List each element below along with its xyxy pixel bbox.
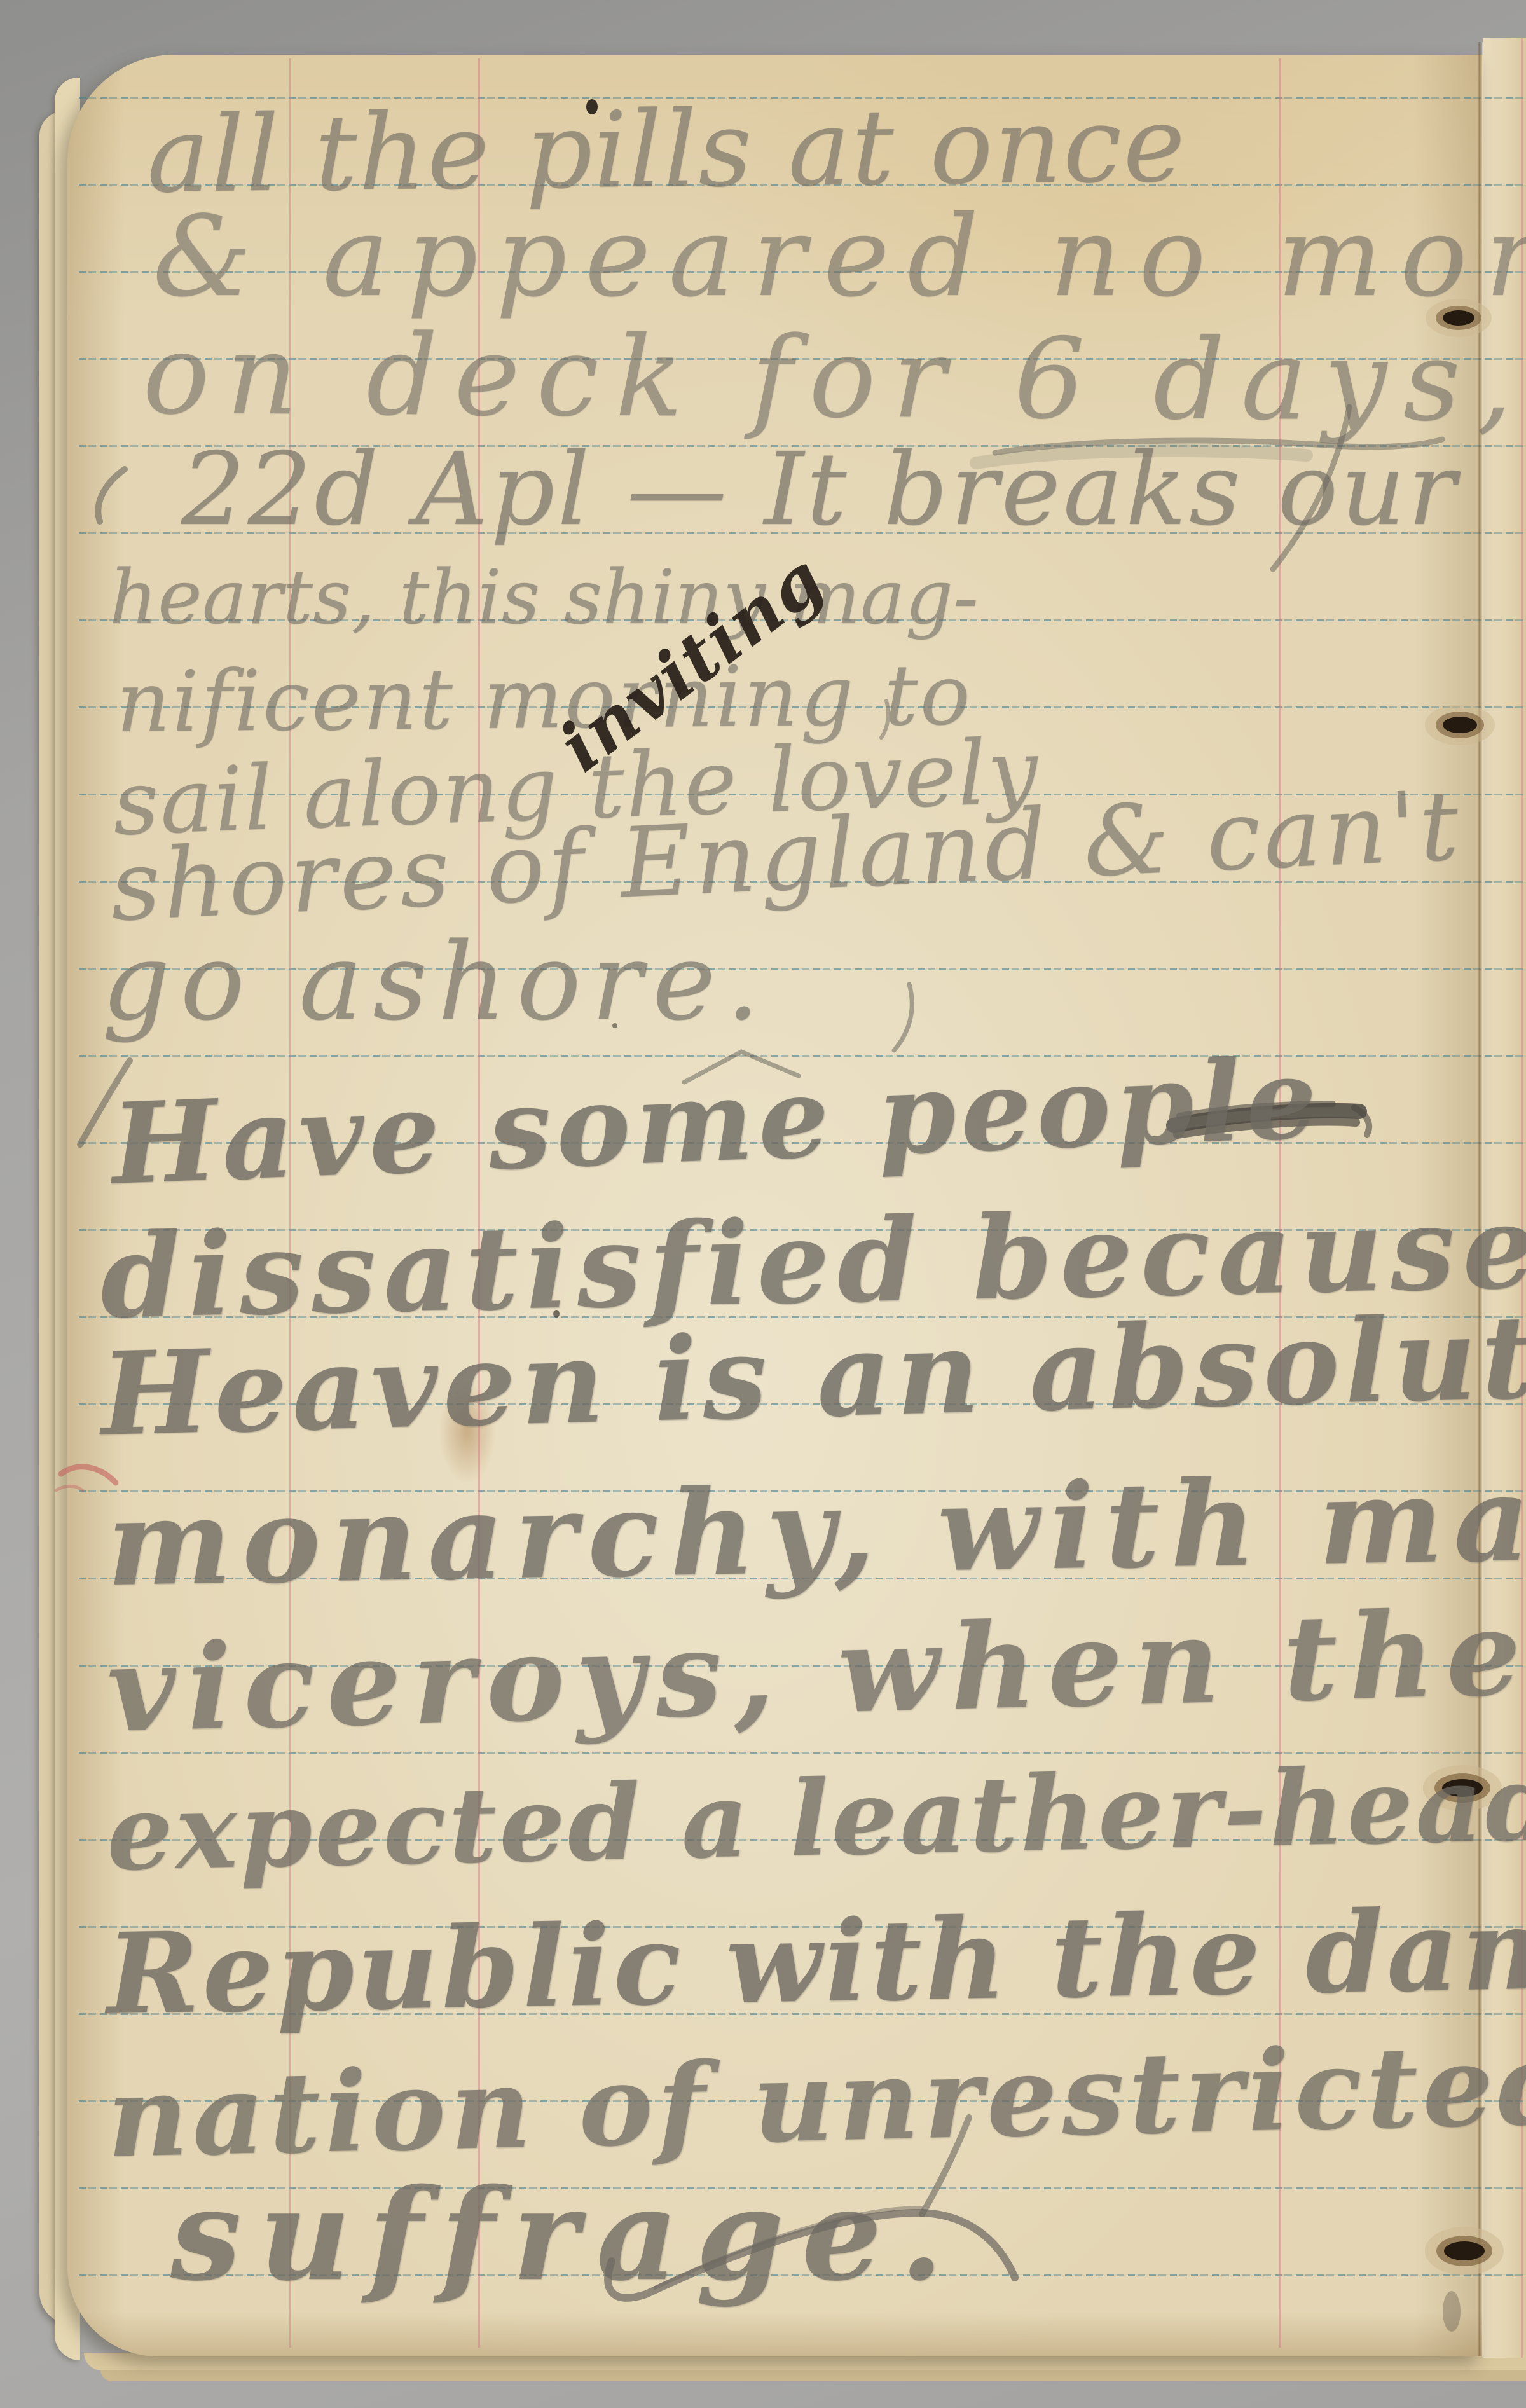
handwritten-line-13: monarchy, with many	[106, 1446, 1526, 1613]
handwritten-line-3: on deck for 6 days,	[142, 310, 1526, 446]
handwritten-line-4-entry-date: 22d Apl — It breaks our	[181, 431, 1459, 548]
handwritten-line-18: suffrage.	[170, 2161, 961, 2309]
handwritten-line-9: go ashore.	[102, 919, 770, 1044]
handwritten-line-2: & appeared no more	[153, 193, 1526, 322]
scanned-notebook-photo: all the pills at once & appeared no more…	[0, 0, 1526, 2408]
page-stack-bottom-edge-2	[100, 2370, 1526, 2381]
handwritten-line-5: hearts, this shiny mag-	[109, 553, 979, 641]
handwritten-line-16: Republic with the dam-	[106, 1883, 1526, 2040]
